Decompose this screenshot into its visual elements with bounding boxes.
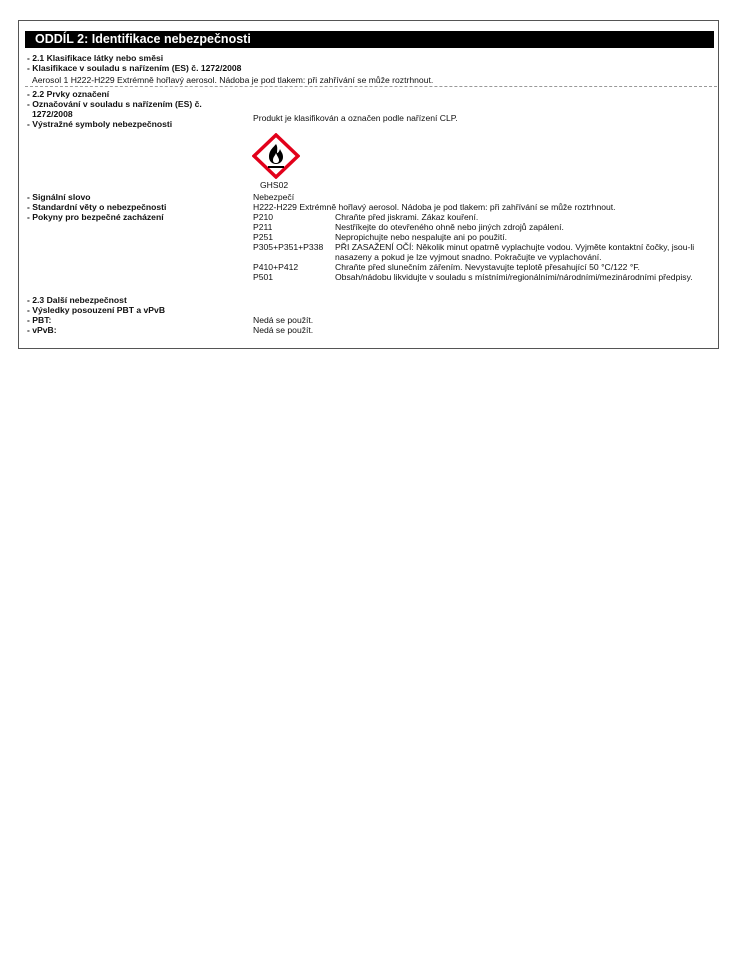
pictogram-code: GHS02 <box>260 180 288 190</box>
p-code: P211 <box>253 222 272 232</box>
p-code: P410+P412 <box>253 262 298 272</box>
labelling-value: Produkt je klasifikován a označen podle … <box>253 113 458 123</box>
signal-word-label: - Signální slovo <box>27 192 91 202</box>
classification-label: - Klasifikace v souladu s nařízením (ES)… <box>27 63 241 73</box>
p-text: Obsah/nádobu likvidujte v souladu s míst… <box>335 272 705 282</box>
section-title: ODDÍL 2: Identifikace nebezpečnosti <box>25 31 714 48</box>
p-code: P501 <box>253 272 273 282</box>
flame-icon <box>252 133 300 179</box>
classification-value: Aerosol 1 H222-H229 Extrémně hořlavý aer… <box>32 75 433 85</box>
vpvb-value: Nedá se použít. <box>253 325 313 335</box>
pbt-label: - PBT: <box>27 315 51 325</box>
heading-2-3: - 2.3 Další nebezpečnost <box>27 295 127 305</box>
signal-word-value: Nebezpečí <box>253 192 294 202</box>
heading-2-2: - 2.2 Prvky označení <box>27 89 109 99</box>
labelling-label: - Označování v souladu s nařízením (ES) … <box>27 99 202 109</box>
pbt-value: Nedá se použít. <box>253 315 313 325</box>
vpvb-label: - vPvB: <box>27 325 57 335</box>
p-code: P251 <box>253 232 273 242</box>
p-code: P210 <box>253 212 273 222</box>
p-code: P305+P351+P338 <box>253 242 323 252</box>
p-text: Chraňte před slunečním zářením. Nevystav… <box>335 262 640 272</box>
hazard-statements-value: H222-H229 Extrémně hořlavý aerosol. Nádo… <box>253 202 616 212</box>
heading-2-1: - 2.1 Klasifikace látky nebo směsi <box>27 53 163 63</box>
labelling-label-cont: 1272/2008 <box>32 109 73 119</box>
p-text: PŘI ZASAŽENÍ OČÍ: Několik minut opatrně … <box>335 242 705 262</box>
p-text: Chraňte před jiskrami. Zákaz kouření. <box>335 212 478 222</box>
p-text: Nepropichujte nebo nespalujte ani po pou… <box>335 232 507 242</box>
divider <box>25 86 717 87</box>
pbt-results-label: - Výsledky posouzení PBT a vPvB <box>27 305 165 315</box>
hazard-statements-label: - Standardní věty o nebezpečnosti <box>27 202 166 212</box>
pictograms-label: - Výstražné symboly nebezpečnosti <box>27 119 172 129</box>
precautionary-label: - Pokyny pro bezpečné zacházení <box>27 212 164 222</box>
p-text: Nestříkejte do otevřeného ohně nebo jiný… <box>335 222 564 232</box>
